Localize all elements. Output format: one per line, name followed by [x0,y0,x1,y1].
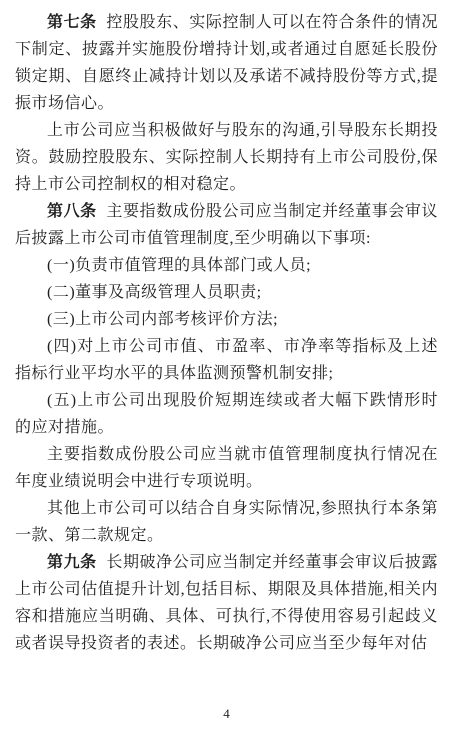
paragraph-text: (五)上市公司出现股价短期连续或者大幅下跌情形时的应对措施。 [15,392,438,436]
article-number: 第九条 [47,554,97,571]
paragraph-text: 主要指数成份股公司应当就市值管理制度执行情况在年度业绩说明会中进行专项说明。 [15,446,438,490]
paragraph-text: (四)对上市公司市值、市盈率、市净率等指标及上述指标行业平均水平的具体监测预警机… [15,338,438,382]
list-item: (五)上市公司出现股价短期连续或者大幅下跌情形时的应对措施。 [15,387,438,441]
list-item: (一)负责市值管理的具体部门或人员; [15,252,438,279]
article-number: 第八条 [47,203,97,220]
document-page: 第七条控股股东、实际控制人可以在符合条件的情况下制定、披露并实施股份增持计划,或… [0,0,453,736]
paragraph-text: (一)负责市值管理的具体部门或人员; [47,257,311,274]
paragraph: 其他上市公司可以结合自身实际情况,参照执行本条第一款、第二款规定。 [15,495,438,549]
page-number: 4 [0,706,453,722]
list-item: (二)董事及高级管理人员职责; [15,279,438,306]
paragraph-text: 上市公司应当积极做好与股东的沟通,引导股东长期投资。鼓励控股股东、实际控制人长期… [15,122,438,193]
paragraph: 上市公司应当积极做好与股东的沟通,引导股东长期投资。鼓励控股股东、实际控制人长期… [15,117,438,198]
article-number: 第七条 [47,14,97,31]
list-item: (三)上市公司内部考核评价方法; [15,306,438,333]
paragraph: 主要指数成份股公司应当就市值管理制度执行情况在年度业绩说明会中进行专项说明。 [15,441,438,495]
paragraph-text: (三)上市公司内部考核评价方法; [47,311,278,328]
list-item: (四)对上市公司市值、市盈率、市净率等指标及上述指标行业平均水平的具体监测预警机… [15,333,438,387]
paragraph: 第七条控股股东、实际控制人可以在符合条件的情况下制定、披露并实施股份增持计划,或… [15,9,438,117]
paragraph-text: 其他上市公司可以结合自身实际情况,参照执行本条第一款、第二款规定。 [15,500,438,544]
paragraph-text: (二)董事及高级管理人员职责; [47,284,262,301]
paragraph: 第九条长期破净公司应当制定并经董事会审议后披露上市公司估值提升计划,包括目标、期… [15,549,438,657]
paragraph: 第八条主要指数成份股公司应当制定并经董事会审议后披露上市公司市值管理制度,至少明… [15,198,438,252]
